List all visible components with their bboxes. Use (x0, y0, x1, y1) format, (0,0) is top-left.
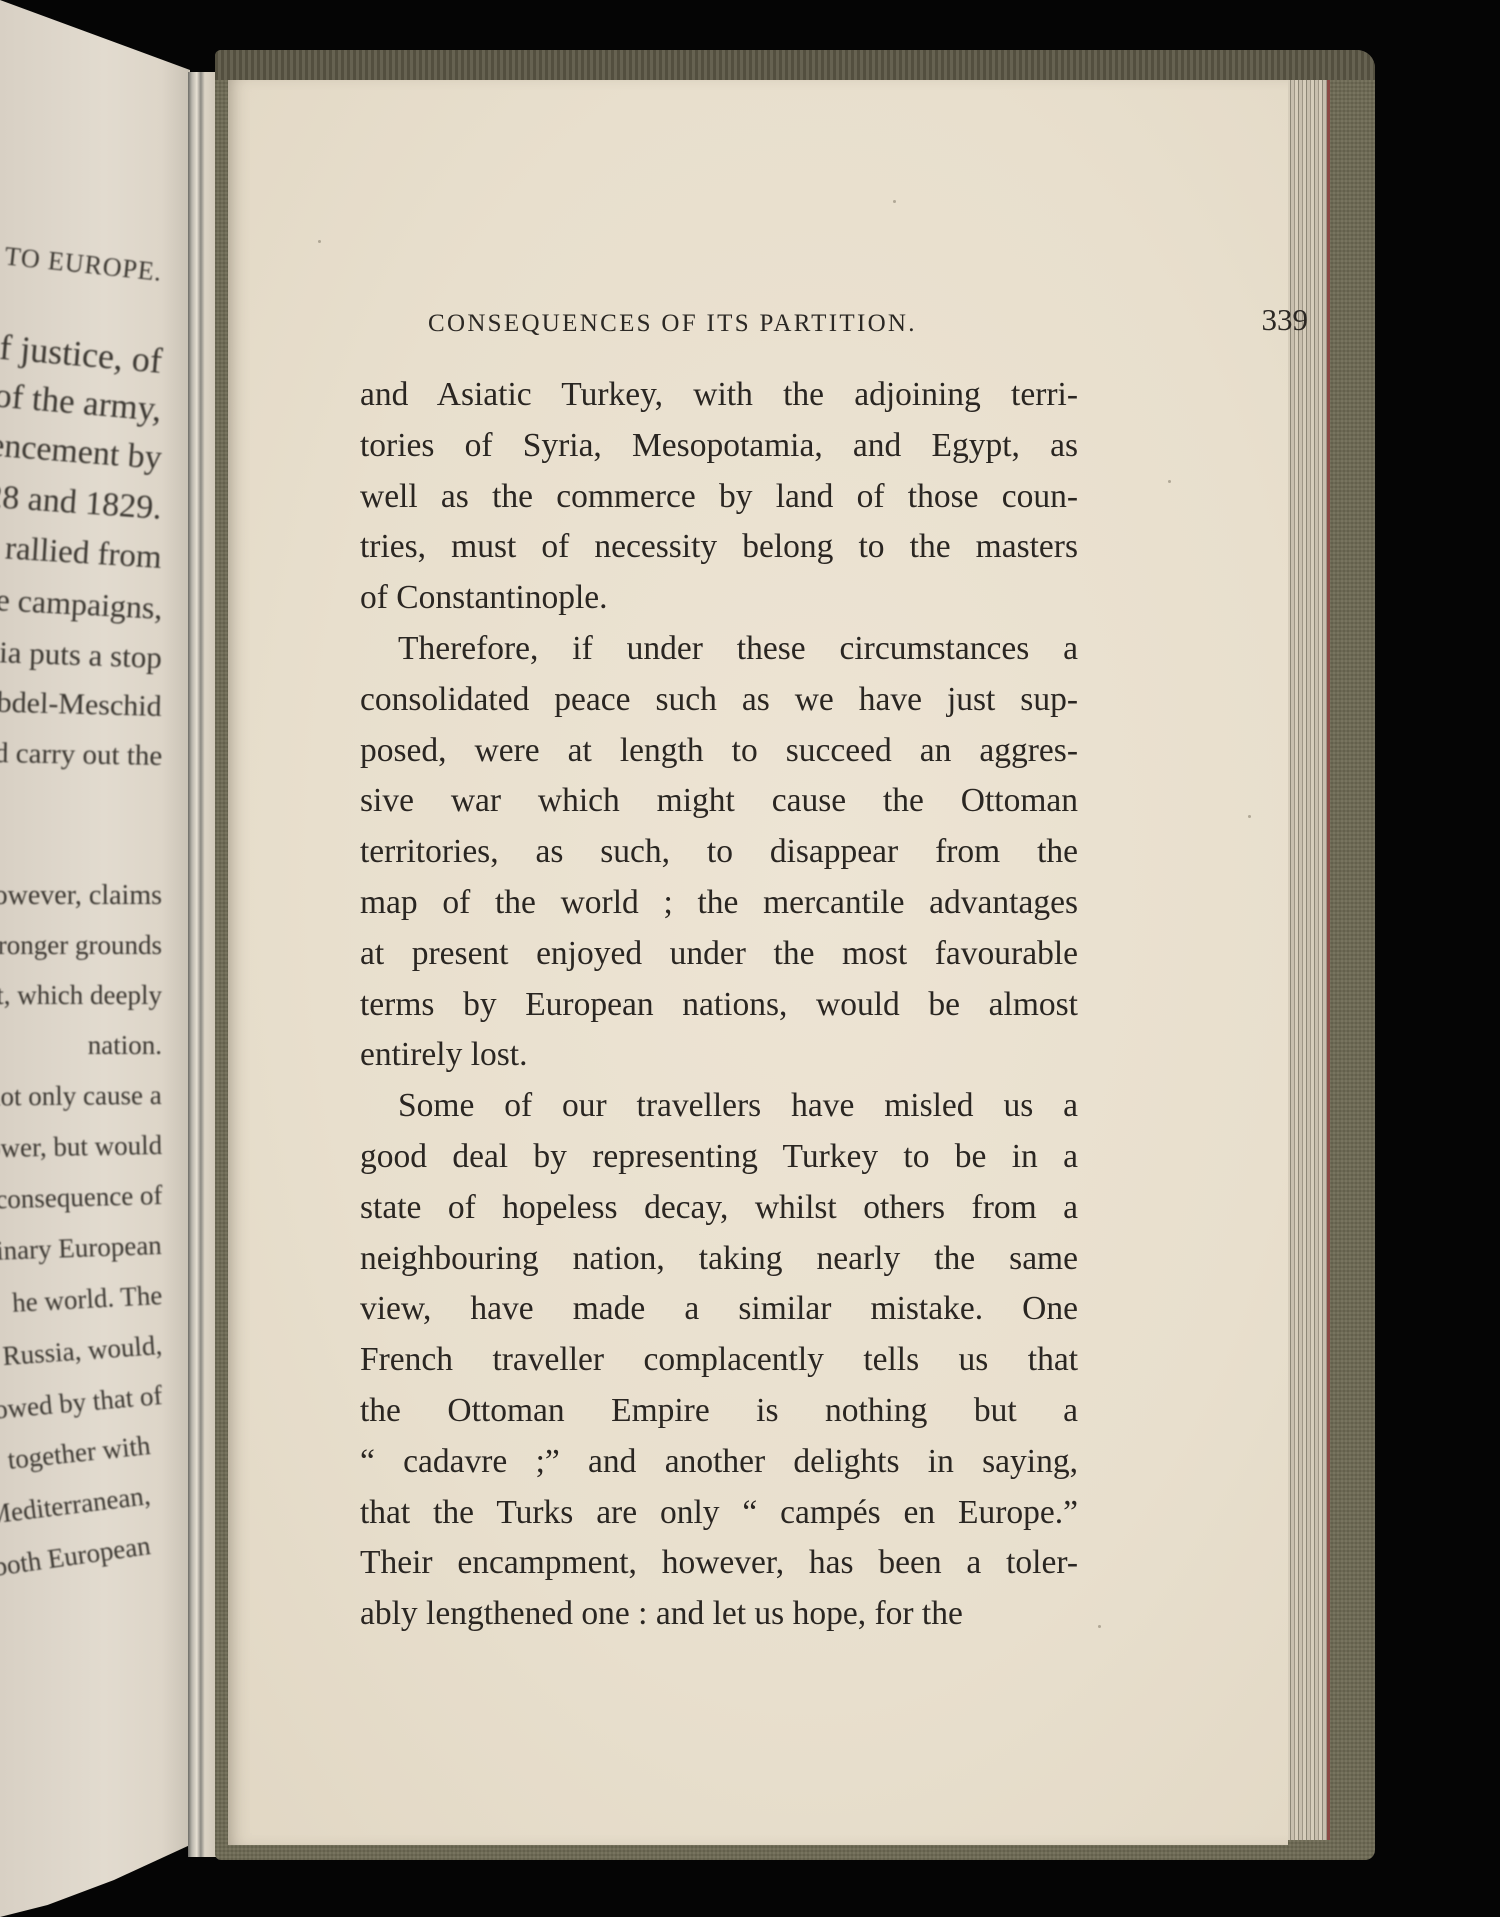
text-line: posed, were at length to succeed an aggr… (360, 726, 1078, 777)
text-line: neighbouring nation, taking nearly the s… (360, 1234, 1078, 1285)
paper-speck (1248, 815, 1251, 818)
left-running-head: Y TO EUROPE. (0, 239, 164, 288)
text-line: sive war which might cause the Ottoman (360, 776, 1078, 827)
left-text-line: d carry out the (0, 737, 162, 773)
left-text-line: ronger grounds (0, 930, 162, 961)
left-facing-page: Y TO EUROPE. ts of justice, ofon of the … (0, 0, 190, 1917)
left-text-line: l consequence of (0, 1180, 162, 1216)
text-line: territories, as such, to disappear from … (360, 827, 1078, 878)
left-text-line: ose campaigns, (0, 580, 163, 627)
text-line: terms by European nations, would be almo… (360, 980, 1078, 1031)
text-line: Their encampment, however, has been a to… (360, 1538, 1078, 1589)
paper-speck (1168, 480, 1171, 483)
text-line: “ cadavre ;” and another delights in say… (360, 1437, 1078, 1488)
left-text-line: he world. The (11, 1280, 163, 1319)
left-text-line: Mediterranean, (0, 1480, 152, 1531)
paragraph: Therefore, if under these circumstances … (360, 624, 1078, 1081)
text-line: French traveller complacently tells us t… (360, 1335, 1078, 1386)
text-line: entirely lost. (360, 1030, 1078, 1081)
left-text-line: try rallied from (0, 528, 163, 577)
left-text-line: ssia puts a stop (0, 633, 163, 675)
text-line: tries, must of necessity belong to the m… (360, 522, 1078, 573)
text-line: tories of Syria, Mesopotamia, and Egypt,… (360, 421, 1078, 472)
text-line: view, have made a similar mistake. One (360, 1284, 1078, 1335)
running-head-title: CONSEQUENCES OF ITS PARTITION. (428, 310, 917, 338)
paragraph: Some of our travellers have misled us ag… (360, 1081, 1078, 1640)
text-line: good deal by representing Turkey to be i… (360, 1132, 1078, 1183)
text-line: ably lengthened one : and let us hope, f… (360, 1589, 1078, 1640)
paragraph: and Asiatic Turkey, with the adjoining t… (360, 370, 1078, 624)
text-line: Some of our travellers have misled us a (360, 1081, 1078, 1132)
page-number: 339 (1262, 302, 1309, 338)
left-text-line: Abdel-Meschid (0, 685, 162, 724)
running-head: CONSEQUENCES OF ITS PARTITION. 339 (428, 302, 1308, 342)
text-line: well as the commerce by land of those co… (360, 472, 1078, 523)
left-text-line: both European (0, 1530, 152, 1583)
left-text-line: however, claims (0, 880, 162, 912)
text-line: state of hopeless decay, whilst others f… (360, 1183, 1078, 1234)
page-fore-edge (1283, 80, 1330, 1840)
paper-speck (318, 240, 321, 243)
paper-speck (1098, 1625, 1101, 1628)
text-line: at present enjoyed under the most favour… (360, 929, 1078, 980)
left-text-line: together with (6, 1430, 152, 1476)
left-text-line: ts of justice, of (0, 321, 164, 381)
left-text-line: not only cause a (0, 1080, 162, 1113)
left-text-line: ower, but would (0, 1130, 162, 1164)
left-text-line: lowed by that of (0, 1380, 163, 1426)
text-line: map of the world ; the mercantile advant… (360, 878, 1078, 929)
text-line: that the Turks are only “ campés en Euro… (360, 1488, 1078, 1539)
text-line: and Asiatic Turkey, with the adjoining t… (360, 370, 1078, 421)
left-text-line: y Russia, would, (0, 1330, 163, 1373)
text-line: the Ottoman Empire is nothing but a (360, 1386, 1078, 1437)
text-line: of Constantinople. (360, 573, 1078, 624)
text-line: consolidated peace such as we have just … (360, 675, 1078, 726)
paper-speck (893, 200, 896, 203)
left-text-line: on of the army, (0, 372, 164, 430)
right-page: CONSEQUENCES OF ITS PARTITION. 339 and A… (228, 80, 1288, 1845)
text-line: Therefore, if under these circumstances … (360, 624, 1078, 675)
cover-top-edge (215, 50, 1375, 80)
left-text-line: mmencement by (0, 422, 163, 478)
left-text-line: inary European (0, 1230, 163, 1267)
left-text-line: 828 and 1829. (0, 477, 163, 528)
left-text-line: nt, which deeply (0, 980, 162, 1011)
left-text-line: nation. (88, 1030, 162, 1061)
body-text: and Asiatic Turkey, with the adjoining t… (360, 370, 1078, 1640)
